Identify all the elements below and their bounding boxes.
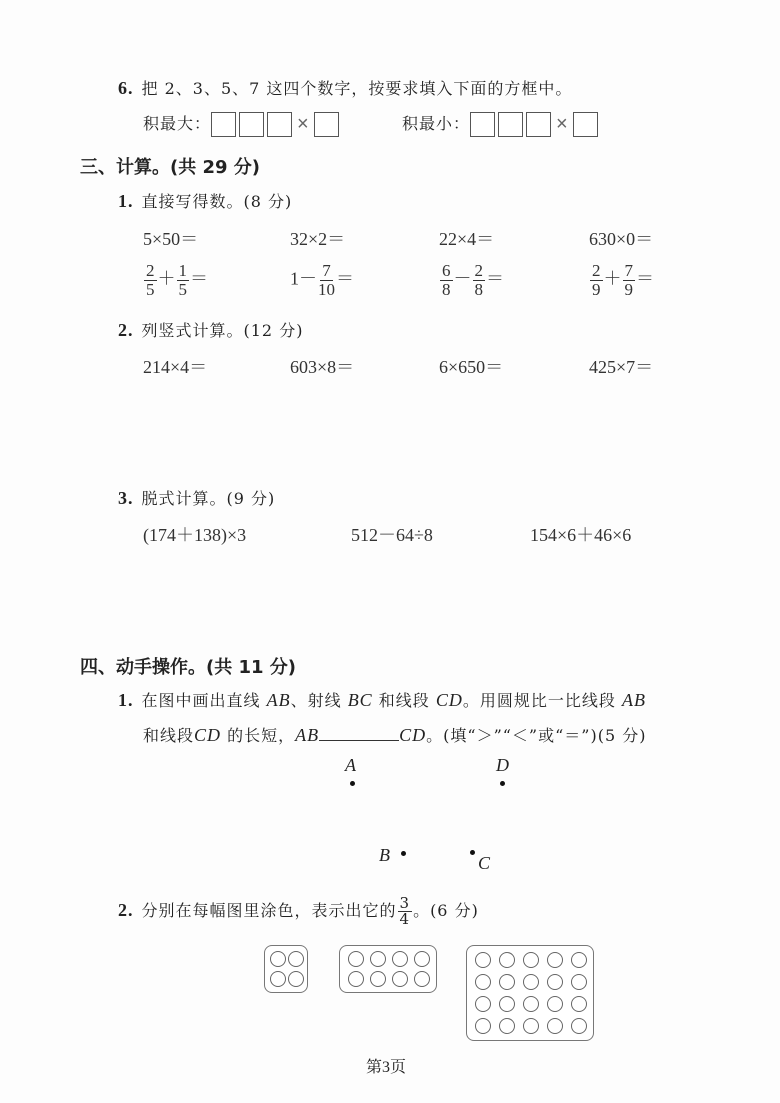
fraction: 29 [590,262,603,299]
point-c [470,850,475,855]
s4-question-2: 2.分别在每幅图里涂色，表示出它的34。(6 分) [118,896,479,927]
circle[interactable] [348,951,364,967]
s4-question-1-line1: 1.在图中画出直线 AB、射线 BC 和线段 CD。用圆规比一比线段 AB [118,688,646,711]
point-b [401,851,406,856]
tray-4x2 [339,945,437,993]
question-number: 1. [118,191,134,211]
answer-box[interactable] [239,112,264,137]
section-4-title: 四、动手操作。(共 11 分) [80,653,296,679]
fraction: 68 [440,262,453,299]
expr: 630×0＝ [589,225,653,251]
times-sign: × [556,113,569,136]
max-product-row: 积最大：× [143,111,342,137]
max-label: 积最大： [143,114,211,133]
answer-blank[interactable] [319,726,399,741]
circle[interactable] [523,952,539,968]
circle[interactable] [547,952,563,968]
expr: 214×4＝ [143,353,207,379]
circle[interactable] [571,996,587,1012]
tray-2x2 [264,945,308,993]
fraction: 15 [177,262,190,299]
circle[interactable] [370,951,386,967]
circle[interactable] [348,971,364,987]
fraction: 25 [144,262,157,299]
circle[interactable] [392,951,408,967]
circle[interactable] [547,1018,563,1034]
answer-box[interactable] [470,112,495,137]
point-a [350,781,355,786]
fraction: 710 [318,262,335,299]
fraction: 34 [398,896,413,927]
question-text: 直接写得数。(8 分) [142,192,293,211]
fraction-expr: 25＋15＝ [143,262,208,299]
circle[interactable] [523,1018,539,1034]
expr: 425×7＝ [589,353,653,379]
answer-box[interactable] [526,112,551,137]
times-sign: × [297,113,310,136]
section-3-title: 三、计算。(共 29 分) [80,153,260,179]
min-product-row: 积最小：× [402,111,601,137]
question-text: 脱式计算。(9 分) [142,489,276,508]
circle[interactable] [270,951,286,967]
expr: 154×6＋46×6 [530,521,631,547]
circle[interactable] [270,971,286,987]
circle[interactable] [475,996,491,1012]
fraction: 28 [473,262,486,299]
question-text: 列竖式计算。(12 分) [142,321,304,340]
point-label-b: B [379,845,390,866]
circle[interactable] [547,974,563,990]
answer-box[interactable] [211,112,236,137]
answer-box[interactable] [573,112,598,137]
expr: 6×650＝ [439,353,503,379]
expr: 32×2＝ [290,225,345,251]
circle[interactable] [288,951,304,967]
circle[interactable] [499,952,515,968]
question-6: 6.把 2、3、5、7 这四个数字，按要求填入下面的方框中。 [118,76,572,99]
question-number: 2. [118,320,134,340]
tray-5x4 [466,945,594,1041]
fraction-expr: 68－28＝ [439,262,504,299]
circle[interactable] [547,996,563,1012]
circle[interactable] [370,971,386,987]
fraction: 79 [623,262,636,299]
circle[interactable] [571,952,587,968]
question-number: 1. [118,690,134,710]
circle[interactable] [414,951,430,967]
circle[interactable] [523,974,539,990]
expr: 603×8＝ [290,353,354,379]
s3-question-2: 2.列竖式计算。(12 分) [118,318,303,341]
answer-box[interactable] [498,112,523,137]
expr: 5×50＝ [143,225,198,251]
circle[interactable] [499,1018,515,1034]
circle[interactable] [414,971,430,987]
circle[interactable] [475,974,491,990]
point-d [500,781,505,786]
question-number: 6. [118,78,134,98]
s3-question-3: 3.脱式计算。(9 分) [118,486,275,509]
circle[interactable] [499,974,515,990]
question-number: 2. [118,900,134,920]
answer-box[interactable] [267,112,292,137]
circle[interactable] [475,1018,491,1034]
circle[interactable] [499,996,515,1012]
question-number: 3. [118,488,134,508]
s3-question-1: 1.直接写得数。(8 分) [118,189,292,212]
expr: (174＋138)×3 [143,521,246,547]
question-text: 把 2、3、5、7 这四个数字，按要求填入下面的方框中。 [142,79,573,98]
point-label-d: D [496,755,509,776]
point-label-a: A [345,755,356,776]
point-label-c: C [478,853,490,874]
circle[interactable] [288,971,304,987]
fraction-expr: 1－710＝ [290,262,354,299]
circle[interactable] [475,952,491,968]
answer-box[interactable] [314,112,339,137]
circle[interactable] [571,974,587,990]
expr: 512－64÷8 [351,521,433,547]
circle[interactable] [571,1018,587,1034]
page-number: 第3页 [366,1054,406,1077]
s4-question-1-line2: 和线段CD 的长短，ABCD。(填“＞”“＜”或“＝”)(5 分) [143,723,646,746]
min-label: 积最小： [402,114,470,133]
circle[interactable] [392,971,408,987]
fraction-expr: 29＋79＝ [589,262,654,299]
circle[interactable] [523,996,539,1012]
expr: 22×4＝ [439,225,494,251]
